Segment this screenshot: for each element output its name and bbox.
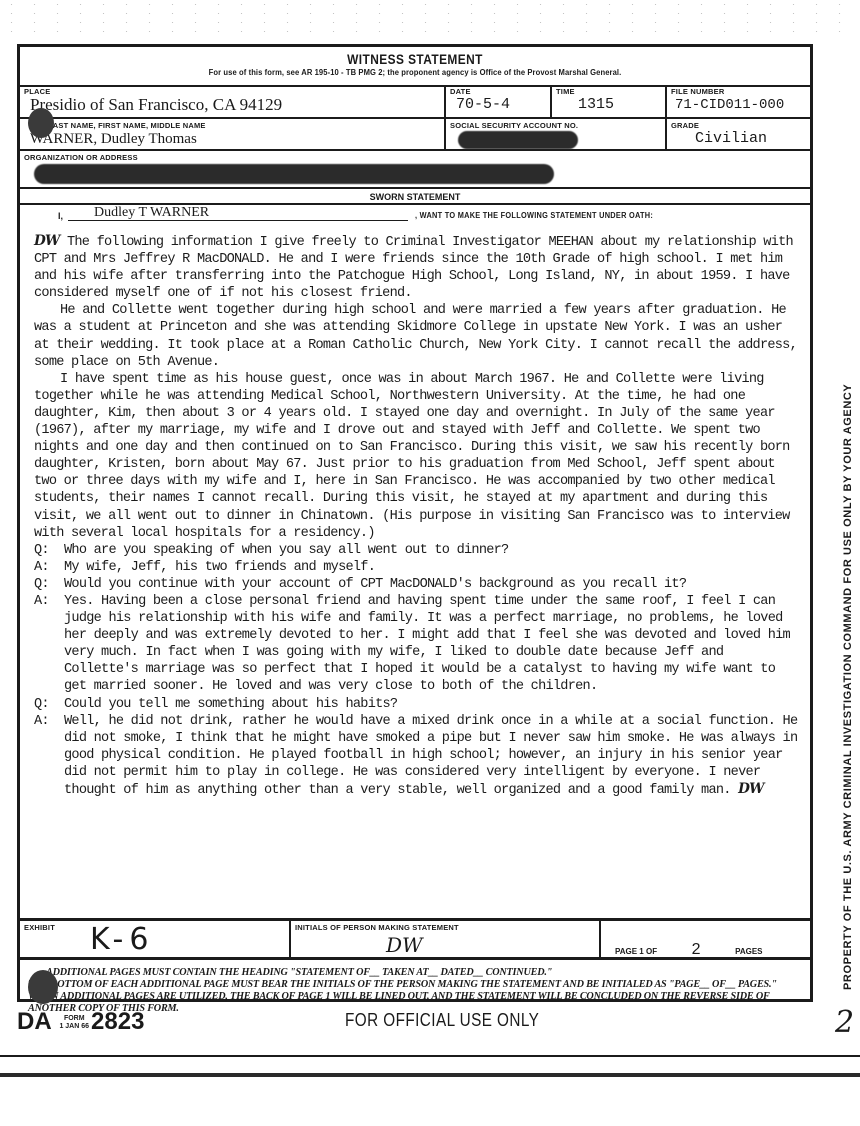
qa-item: A: Yes. Having been a close personal fri…	[34, 593, 804, 696]
statement-paragraph: I have spent time as his house guest, on…	[34, 371, 804, 542]
intro-suffix: , WANT TO MAKE THE FOLLOWING STATEMENT U…	[415, 211, 653, 220]
form-row-name: LAST NAME, FIRST NAME, MIDDLE NAME WARNE…	[20, 119, 810, 151]
file-number-cell: FILE NUMBER 71-CID011-000	[667, 85, 810, 117]
paragraph-text: The following information I give freely …	[34, 235, 800, 301]
form-instructions: ADDITIONAL PAGES MUST CONTAIN THE HEADIN…	[20, 960, 810, 1015]
qa-text: Would you continue with your account of …	[64, 576, 804, 593]
organization-redaction	[34, 164, 554, 184]
opening-initials: DW	[34, 233, 60, 249]
punch-hole-redaction	[28, 970, 58, 1004]
intro-prefix: I,	[58, 211, 63, 221]
qa-tag: A:	[34, 559, 64, 576]
time-cell: TIME 1315	[552, 85, 667, 117]
form-row-place: PLACE Presidio of San Francisco, CA 9412…	[20, 85, 810, 119]
grade-label: GRADE	[667, 119, 810, 130]
name-value: WARNER, Dudley Thomas	[20, 130, 444, 148]
initials-label: INITIALS OF PERSON MAKING STATEMENT	[291, 921, 599, 932]
organization-label: ORGANIZATION OR ADDRESS	[20, 151, 810, 162]
exhibit-cell: EXHIBIT K-6	[20, 921, 291, 957]
time-label: TIME	[552, 85, 665, 96]
place-value: Presidio of San Francisco, CA 94129	[20, 96, 444, 114]
exhibit-value: K-6	[90, 923, 154, 957]
statement-body: DW The following information I give free…	[34, 233, 804, 799]
page-suffix: PAGES	[735, 947, 762, 956]
page-total: 2	[661, 941, 731, 960]
form-title: WITNESS STATEMENT	[79, 51, 751, 67]
place-cell: PLACE Presidio of San Francisco, CA 9412…	[20, 85, 446, 117]
qa-item: Q: Could you tell me something about his…	[34, 696, 804, 713]
statement-paragraph: He and Collette went together during hig…	[34, 302, 804, 370]
page-count: PAGE 1 OF2PAGES	[615, 941, 763, 960]
date-value: 70-5-4	[446, 96, 550, 114]
statement-paragraph: DW The following information I give free…	[34, 233, 804, 302]
form-identifier: DA FORM1 JAN 662823	[17, 1008, 144, 1036]
form-header: WITNESS STATEMENT For use of this form, …	[20, 47, 810, 87]
paragraph-text: He and Collette went together during hig…	[34, 303, 804, 369]
qa-item: A: Well, he did not drink, rather he wou…	[34, 713, 804, 799]
qa-tag: Q:	[34, 576, 64, 593]
qa-tag: A:	[34, 713, 64, 799]
qa-item: A: My wife, Jeff, his two friends and my…	[34, 559, 804, 576]
date-cell: DATE 70-5-4	[446, 85, 552, 117]
closing-initials: DW	[738, 781, 764, 797]
name-label: LAST NAME, FIRST NAME, MIDDLE NAME	[20, 119, 444, 130]
form-subtitle: For use of this form, see AR 195-10 - TB…	[40, 68, 791, 77]
instruction-line: ADDITIONAL PAGES MUST CONTAIN THE HEADIN…	[28, 967, 804, 979]
qa-tag: A:	[34, 593, 64, 696]
initials-signature: DW	[386, 933, 423, 957]
qa-text: Well, he did not drink, rather he would …	[64, 713, 804, 799]
qa-item: Q: Who are you speaking of when you say …	[34, 542, 804, 559]
form-prefix: DA	[17, 1008, 51, 1035]
intro-name: Dudley T WARNER	[68, 205, 408, 221]
side-stamp: PROPERTY OF THE U.S. ARMY CRIMINAL INVES…	[842, 10, 854, 990]
grade-value: Civilian	[667, 130, 810, 148]
classification-marking: FOR OFFICIAL USE ONLY	[345, 1010, 539, 1031]
grade-cell: GRADE Civilian	[667, 119, 810, 149]
qa-text: Yes. Having been a close personal friend…	[64, 593, 804, 696]
form-footer-row: EXHIBIT K-6 INITIALS OF PERSON MAKING ST…	[20, 918, 810, 960]
form-row-organization: ORGANIZATION OR ADDRESS	[20, 151, 810, 189]
handwritten-page-number: 2	[835, 1005, 854, 1040]
initials-cell: INITIALS OF PERSON MAKING STATEMENT DW	[291, 921, 601, 957]
name-cell: LAST NAME, FIRST NAME, MIDDLE NAME WARNE…	[20, 119, 446, 149]
sworn-statement-heading: SWORN STATEMENT	[20, 189, 810, 205]
page-prefix: PAGE 1 OF	[615, 947, 657, 956]
ssn-redaction	[458, 131, 578, 149]
qa-tag: Q:	[34, 542, 64, 559]
exhibit-label: EXHIBIT	[20, 921, 289, 932]
form-number: 2823	[91, 1008, 144, 1035]
answer-text: Well, he did not drink, rather he would …	[64, 714, 797, 798]
qa-text: My wife, Jeff, his two friends and mysel…	[64, 559, 804, 576]
qa-text: Could you tell me something about his ha…	[64, 696, 804, 713]
punch-hole-redaction	[28, 108, 54, 138]
statement-intro: I, Dudley T WARNER , WANT TO MAKE THE FO…	[20, 205, 810, 227]
page-count-cell: PAGE 1 OF2PAGES	[601, 921, 810, 957]
divider	[0, 1055, 860, 1061]
paragraph-text: I have spent time as his house guest, on…	[34, 372, 797, 541]
time-value: 1315	[552, 96, 665, 114]
ssn-cell: SOCIAL SECURITY ACCOUNT NO.	[446, 119, 667, 149]
file-number-label: FILE NUMBER	[667, 85, 810, 96]
divider	[0, 1073, 860, 1081]
qa-text: Who are you speaking of when you say all…	[64, 542, 804, 559]
date-label: DATE	[446, 85, 550, 96]
qa-item: Q: Would you continue with your account …	[34, 576, 804, 593]
scan-noise	[0, 0, 860, 40]
ssn-label: SOCIAL SECURITY ACCOUNT NO.	[446, 119, 665, 130]
form-date-small: FORM1 JAN 66	[59, 1015, 89, 1031]
qa-tag: Q:	[34, 696, 64, 713]
file-number-value: 71-CID011-000	[667, 96, 810, 114]
witness-statement-form: WITNESS STATEMENT For use of this form, …	[17, 44, 813, 1002]
